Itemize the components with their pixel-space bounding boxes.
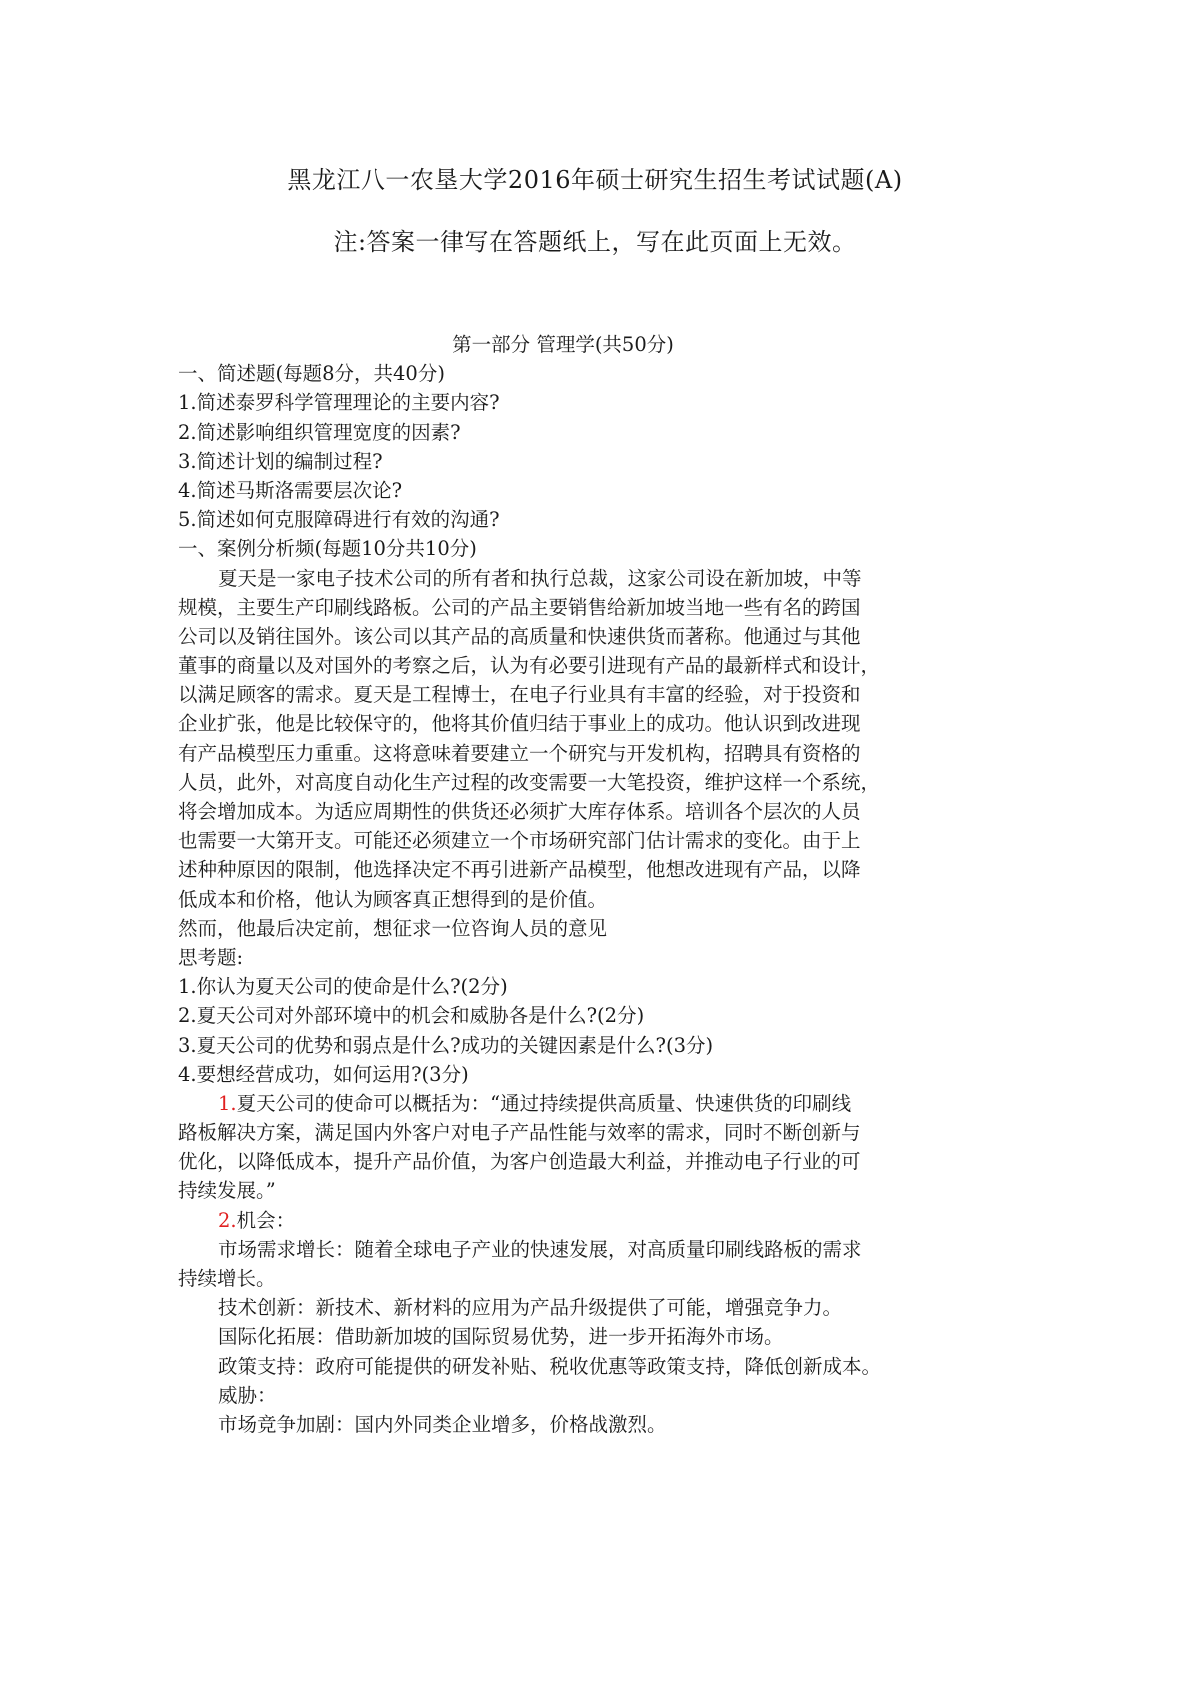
exam-body: 第一部分 管理学(共50分) 一、简述题(每题8分，共40分) 1.简述泰罗科学… bbox=[178, 330, 1028, 1439]
answer-text: 夏天公司的使命可以概括为：“通过持续提供高质量、快速供货的印刷线 bbox=[237, 1092, 851, 1115]
answer-text-line: 持续发展。” bbox=[178, 1176, 1028, 1205]
think-question: 2.夏天公司对外部环境中的机会和威胁各是什么?(2分) bbox=[178, 1001, 1028, 1030]
section-heading-case-analysis: 一、案例分析频(每题10分共10分) bbox=[178, 534, 1028, 563]
question-item: 2.简述影响组织管理宽度的因素? bbox=[178, 418, 1028, 447]
case-text-line: 述种种原因的限制，他选择决定不再引进新产品模型，他想改进现有产品，以降 bbox=[178, 855, 1028, 884]
case-text-line: 公司以及销往国外。该公司以其产品的高质量和快速供货而著称。他通过与其他 bbox=[178, 622, 1028, 651]
answer-text-line: 优化，以降低成本，提升产品价值，为客户创造最大利益，并推动电子行业的可 bbox=[178, 1147, 1028, 1176]
question-item: 5.简述如何克服障碍进行有效的沟通? bbox=[178, 505, 1028, 534]
case-text-line: 夏天是一家电子技术公司的所有者和执行总裁，这家公司设在新加坡，中等 bbox=[178, 564, 1028, 593]
case-text-line: 企业扩张，他是比较保守的，他将其价值归结于事业上的成功。他认识到改进现 bbox=[178, 709, 1028, 738]
question-item: 4.简述马斯洛需要层次论? bbox=[178, 476, 1028, 505]
case-text-line: 低成本和价格，他认为顾客真正想得到的是价值。 bbox=[178, 885, 1028, 914]
question-item: 1.简述泰罗科学管理理论的主要内容? bbox=[178, 388, 1028, 417]
answer-text-line: 路板解决方案，满足国内外客户对电子产品性能与效率的需求，同时不断创新与 bbox=[178, 1118, 1028, 1147]
part-heading: 第一部分 管理学(共50分) bbox=[178, 330, 1028, 359]
answer-2-heading: 2.机会： bbox=[178, 1206, 1028, 1235]
case-closing: 然而，他最后决定前，想征求一位咨询人员的意见 bbox=[178, 914, 1028, 943]
opportunity-item-continued: 持续增长。 bbox=[178, 1264, 1028, 1293]
opportunity-item: 政策支持：政府可能提供的研发补贴、税收优惠等政策支持，降低创新成本。 bbox=[178, 1352, 1028, 1381]
exam-note: 注:答案一律写在答题纸上，写在此页面上无效。 bbox=[0, 222, 1190, 257]
case-text-line: 人员，此外，对高度自动化生产过程的改变需要一大笔投资，维护这样一个系统， bbox=[178, 768, 1028, 797]
think-question: 3.夏天公司的优势和弱点是什么?成功的关键因素是什么?(3分) bbox=[178, 1031, 1028, 1060]
question-item: 3.简述计划的编制过程? bbox=[178, 447, 1028, 476]
threats-label: 威胁： bbox=[178, 1381, 1028, 1410]
case-text-line: 将会增加成本。为适应周期性的供货还必须扩大库存体系。培训各个层次的人员 bbox=[178, 797, 1028, 826]
exam-page: 黑龙江八一农垦大学2016年硕士研究生招生考试试题(A) 注:答案一律写在答题纸… bbox=[0, 0, 1190, 1683]
think-question: 4.要想经营成功，如何运用?(3分) bbox=[178, 1060, 1028, 1089]
opportunity-item: 市场需求增长：随着全球电子产业的快速发展，对高质量印刷线路板的需求 bbox=[178, 1235, 1028, 1264]
case-text-line: 有产品模型压力重重。这将意味着要建立一个研究与开发机构，招聘具有资格的 bbox=[178, 739, 1028, 768]
threat-item: 市场竞争加剧：国内外同类企业增多，价格战激烈。 bbox=[178, 1410, 1028, 1439]
case-text-line: 也需要一大第开支。可能还必须建立一个市场研究部门估计需求的变化。由于上 bbox=[178, 826, 1028, 855]
opportunity-item: 技术创新：新技术、新材料的应用为产品升级提供了可能，增强竞争力。 bbox=[178, 1293, 1028, 1322]
case-text-line: 以满足顾客的需求。夏天是工程博士，在电子行业具有丰富的经验，对于投资和 bbox=[178, 680, 1028, 709]
opportunity-item: 国际化拓展：借助新加坡的国际贸易优势，进一步开拓海外市场。 bbox=[178, 1322, 1028, 1351]
case-text-line: 规模，主要生产印刷线路板。公司的产品主要销售给新加坡当地一些有名的跨国 bbox=[178, 593, 1028, 622]
opportunities-label: 机会： bbox=[237, 1209, 296, 1232]
section-heading-short-answer: 一、简述题(每题8分，共40分) bbox=[178, 359, 1028, 388]
case-text-line: 董事的商量以及对国外的考察之后，认为有必要引进现有产品的最新样式和设计， bbox=[178, 651, 1028, 680]
answer-number: 1. bbox=[218, 1092, 237, 1115]
think-question: 1.你认为夏天公司的使命是什么?(2分) bbox=[178, 972, 1028, 1001]
exam-title: 黑龙江八一农垦大学2016年硕士研究生招生考试试题(A) bbox=[0, 160, 1190, 195]
think-label: 思考题: bbox=[178, 943, 1028, 972]
answer-1-first-line: 1.夏天公司的使命可以概括为：“通过持续提供高质量、快速供货的印刷线 bbox=[178, 1089, 1028, 1118]
answer-number: 2. bbox=[218, 1209, 237, 1232]
